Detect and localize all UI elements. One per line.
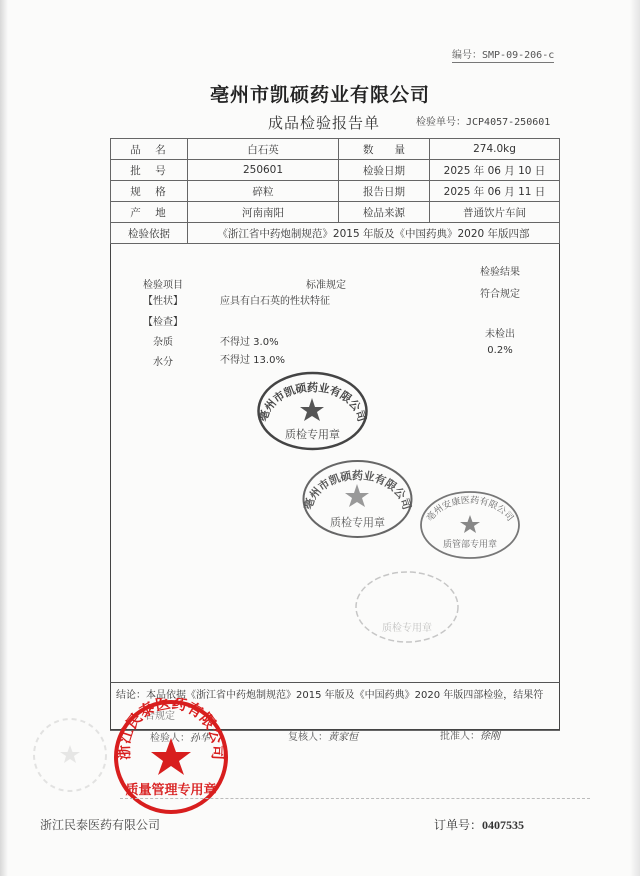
scan-edge-right: [630, 0, 640, 876]
table-row: 品 名 白石英 数 量 274.0kg: [111, 139, 560, 160]
list-item: 【性状】 应具有白石英的性状特征 符合规定: [110, 292, 560, 308]
item-result: 未检出: [460, 325, 540, 340]
label-cell: 数 量: [339, 139, 430, 160]
value-cell: 2025 年 06 月 11 日: [430, 181, 560, 202]
info-table: 品 名 白石英 数 量 274.0kg 批 号 250601 检验日期 2025…: [110, 138, 560, 244]
reviewer-label: 复核人：: [288, 732, 328, 743]
label-cell: 产 地: [111, 202, 188, 223]
conclusion-text-end: 合规定: [145, 707, 175, 722]
header-item: 检验项目: [126, 276, 200, 291]
reviewer-sig: 黄家恒: [328, 732, 358, 743]
table-row: 产 地 河南南阳 检品来源 普通饮片车间: [111, 202, 560, 223]
item-name: 【性状】: [126, 292, 200, 307]
report-title: 成品检验报告单: [268, 112, 380, 133]
item-name: 杂质: [126, 333, 200, 348]
footer-divider: [120, 798, 590, 799]
order-value: 0407535: [482, 818, 524, 832]
approver-label: 批准人：: [440, 731, 480, 742]
value-cell: 白石英: [188, 139, 339, 160]
value-cell: 河南南阳: [188, 202, 339, 223]
scan-edge-left: [0, 0, 8, 876]
item-standard: 应具有白石英的性状特征: [220, 292, 330, 307]
label-cell: 报告日期: [339, 181, 430, 202]
document-number: 编号：SMP-09-206-c: [452, 46, 554, 63]
inspector-label: 检验人：: [150, 733, 190, 744]
value-cell: 250601: [188, 160, 339, 181]
header-standard: 标准规定: [306, 276, 346, 291]
inspector-sig: 孙华: [190, 733, 210, 744]
stamp-text: 质量管理专用章: [125, 782, 216, 798]
order-label: 订单号：: [434, 818, 482, 832]
inspection-number: 检验单号：JCP4057-250601: [416, 113, 550, 128]
basis-label: 检验依据: [111, 223, 188, 244]
value-cell: 普通饮片车间: [430, 202, 560, 223]
company-title: 亳州市凯硕药业有限公司: [0, 80, 640, 107]
approver-signature: 批准人：徐刚: [440, 727, 500, 742]
header-result: 检验结果: [460, 263, 540, 278]
conclusion-divider: [110, 682, 560, 683]
item-result: 0.2%: [460, 345, 540, 356]
footer-company: 浙江民泰医药有限公司: [40, 816, 160, 833]
inspection-number-value: JCP4057-250601: [466, 117, 550, 128]
item-standard: 不得过 13.0%: [220, 351, 285, 366]
item-standard: 不得过 3.0%: [220, 333, 279, 348]
item-name: 水分: [126, 353, 200, 368]
list-item: 水分 不得过 13.0% 0.2%: [110, 353, 560, 369]
reviewer-signature: 复核人：黄家恒: [288, 728, 358, 743]
items-header: 检验项目 标准规定 检验结果: [110, 263, 560, 279]
label-cell: 批 号: [111, 160, 188, 181]
value-cell: 2025 年 06 月 10 日: [430, 160, 560, 181]
faded-round-stamp: [30, 715, 110, 795]
label-cell: 规 格: [111, 181, 188, 202]
conclusion-text: 结论：本品依据《浙江省中药炮制规范》2015 年版及《中国药典》2020 年版四…: [116, 686, 543, 701]
table-row: 规 格 碎粒 报告日期 2025 年 06 月 11 日: [111, 181, 560, 202]
value-cell: 碎粒: [188, 181, 339, 202]
label-cell: 检品来源: [339, 202, 430, 223]
item-result: 符合规定: [460, 285, 540, 300]
value-cell: 274.0kg: [430, 139, 560, 160]
table-row: 批 号 250601 检验日期 2025 年 06 月 10 日: [111, 160, 560, 181]
order-number: 订单号：0407535: [434, 816, 524, 833]
label-cell: 品 名: [111, 139, 188, 160]
label-cell: 检验日期: [339, 160, 430, 181]
approver-sig: 徐刚: [480, 731, 500, 742]
inspection-number-label: 检验单号：: [416, 117, 466, 128]
item-name: 【检查】: [126, 313, 200, 328]
table-row-basis: 检验依据 《浙江省中药炮制规范》2015 年版及《中国药典》2020 年版四部: [111, 223, 560, 244]
basis-value: 《浙江省中药炮制规范》2015 年版及《中国药典》2020 年版四部: [188, 223, 560, 244]
inspector-signature: 检验人：孙华: [150, 729, 210, 744]
